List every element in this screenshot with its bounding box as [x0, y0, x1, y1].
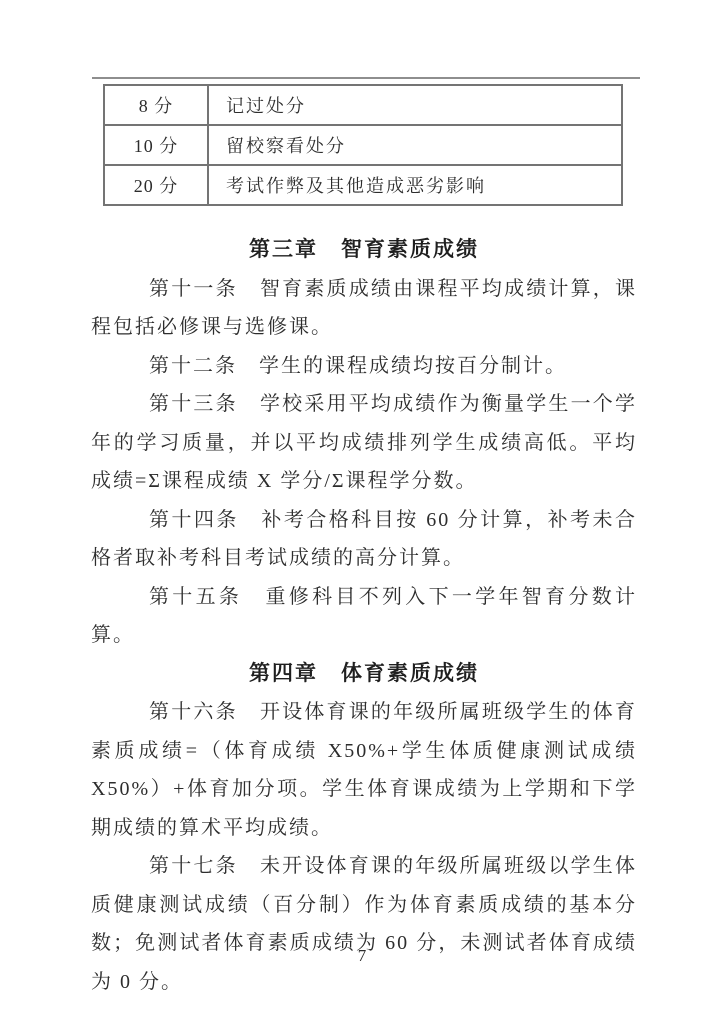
- table-row: 10 分 留校察看处分: [104, 125, 622, 165]
- document-body: 第三章 智育素质成绩 第十一条 智育素质成绩由课程平均成绩计算，课程包括必修课与…: [91, 231, 637, 1001]
- article-11-paragraph: 第十一条 智育素质成绩由课程平均成绩计算，课程包括必修课与选修课。: [91, 270, 637, 347]
- penalty-score-table: 8 分 记过处分 10 分 留校察看处分 20 分 考试作弊及其他造成恶劣影响: [103, 84, 623, 206]
- article-16-paragraph: 第十六条 开设体育课的年级所属班级学生的体育素质成绩=（体育成绩 X50%+学生…: [91, 693, 637, 847]
- table-continuation-rule: [92, 77, 640, 79]
- table-row: 20 分 考试作弊及其他造成恶劣影响: [104, 165, 622, 205]
- chapter-4-heading: 第四章 体育素质成绩: [91, 655, 637, 694]
- description-cell: 考试作弊及其他造成恶劣影响: [208, 165, 622, 205]
- score-cell: 10 分: [104, 125, 208, 165]
- article-14-paragraph: 第十四条 补考合格科目按 60 分计算，补考未合格者取补考科目考试成绩的高分计算…: [91, 501, 637, 578]
- description-cell: 留校察看处分: [208, 125, 622, 165]
- chapter-3-heading: 第三章 智育素质成绩: [91, 231, 637, 270]
- article-15-paragraph: 第十五条 重修科目不列入下一学年智育分数计算。: [91, 578, 637, 655]
- table-row: 8 分 记过处分: [104, 85, 622, 125]
- document-page: 8 分 记过处分 10 分 留校察看处分 20 分 考试作弊及其他造成恶劣影响 …: [0, 0, 724, 1024]
- page-number: 7: [0, 946, 724, 966]
- score-cell: 8 分: [104, 85, 208, 125]
- article-12-paragraph: 第十二条 学生的课程成绩均按百分制计。: [91, 347, 637, 386]
- description-cell: 记过处分: [208, 85, 622, 125]
- article-13-paragraph: 第十三条 学校采用平均成绩作为衡量学生一个学年的学习质量，并以平均成绩排列学生成…: [91, 385, 637, 501]
- article-17-paragraph: 第十七条 未开设体育课的年级所属班级以学生体质健康测试成绩（百分制）作为体育素质…: [91, 847, 637, 1001]
- score-cell: 20 分: [104, 165, 208, 205]
